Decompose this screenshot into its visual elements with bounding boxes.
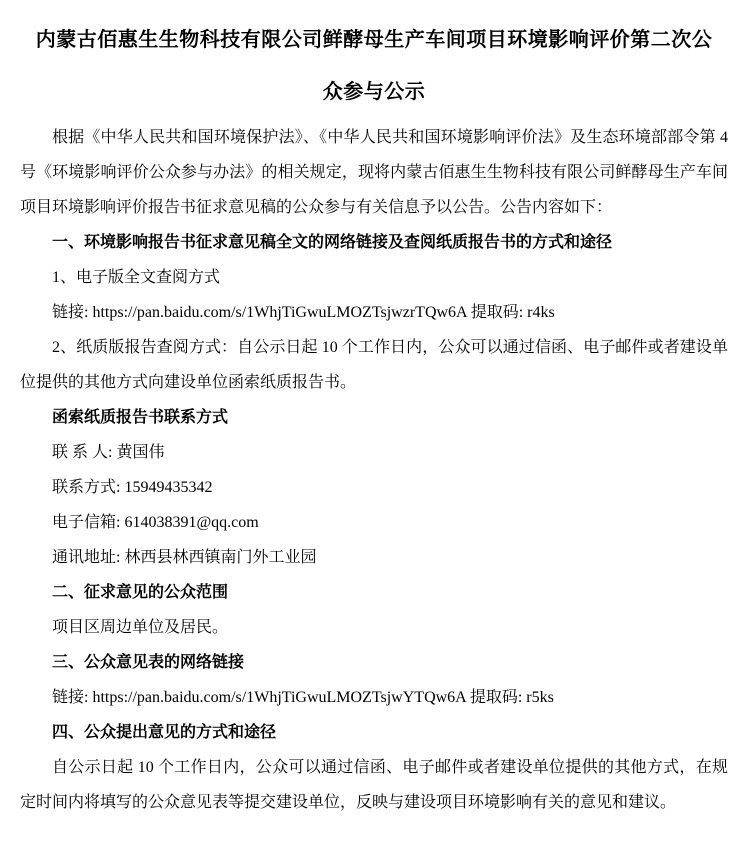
document-page: 内蒙古佰惠生生物科技有限公司鲜酵母生产车间项目环境影响评价第二次公众参与公示 根…: [0, 0, 748, 849]
public-scope-line: 项目区周边单位及居民。: [20, 610, 728, 645]
section-1-heading: 一、环境影响报告书征求意见稿全文的网络链接及查阅纸质报告书的方式和途径: [20, 225, 728, 260]
report-link-line: 链接: https://pan.baidu.com/s/1WhjTiGwuLMO…: [20, 295, 728, 330]
document-title: 内蒙古佰惠生生物科技有限公司鲜酵母生产车间项目环境影响评价第二次公众参与公示: [28, 0, 720, 118]
section-4-heading: 四、公众提出意见的方式和途径: [20, 715, 728, 750]
feedback-paragraph: 自公示日起 10 个工作日内，公众可以通过信函、电子邮件或者建设单位提供的其他方…: [20, 750, 728, 820]
intro-paragraph: 根据《中华人民共和国环境保护法》、《中华人民共和国环境影响评价法》及生态环境部部…: [20, 120, 728, 225]
contact-email-line: 电子信箱: 614038391@qq.com: [20, 505, 728, 540]
electronic-version-line: 1、电子版全文查阅方式: [20, 260, 728, 295]
contact-heading: 函索纸质报告书联系方式: [20, 400, 728, 435]
contact-address-line: 通讯地址: 林西县林西镇南门外工业园: [20, 540, 728, 575]
opinion-form-link-line: 链接: https://pan.baidu.com/s/1WhjTiGwuLMO…: [20, 680, 728, 715]
section-3-heading: 三、公众意见表的网络链接: [20, 645, 728, 680]
contact-person-line: 联 系 人: 黄国伟: [20, 435, 728, 470]
contact-phone-line: 联系方式: 15949435342: [20, 470, 728, 505]
section-2-heading: 二、征求意见的公众范围: [20, 575, 728, 610]
paper-version-paragraph: 2、纸质版报告查阅方式：自公示日起 10 个工作日内，公众可以通过信函、电子邮件…: [20, 330, 728, 400]
document-body: 根据《中华人民共和国环境保护法》、《中华人民共和国环境影响评价法》及生态环境部部…: [0, 118, 748, 820]
